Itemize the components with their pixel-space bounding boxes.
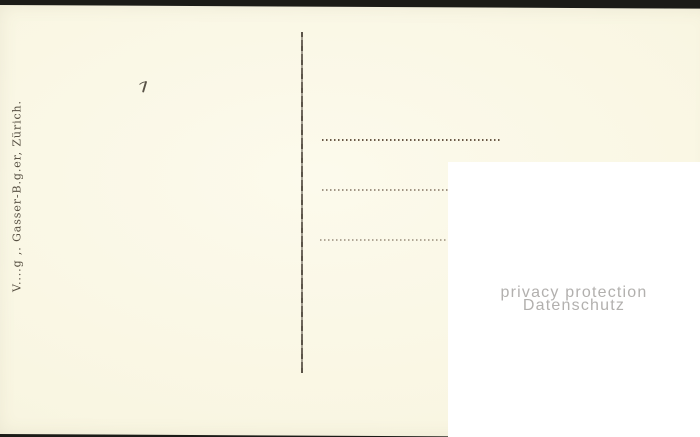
postcard-scan: V....g ,. Gasser-B.g.er, Zürich. privacy… [0, 0, 700, 437]
privacy-overlay: privacy protection Datenschutz [448, 162, 700, 437]
address-line-2 [322, 189, 450, 191]
divider-line [301, 32, 303, 373]
privacy-overlay-text: privacy protection Datenschutz [501, 287, 648, 312]
address-line-3 [320, 239, 450, 241]
address-line-1 [322, 139, 500, 141]
ink-mark [138, 80, 150, 94]
publisher-imprint: V....g ,. Gasser-B.g.er, Zürich. [11, 100, 24, 292]
privacy-text-german: Datenschutz [501, 300, 648, 313]
